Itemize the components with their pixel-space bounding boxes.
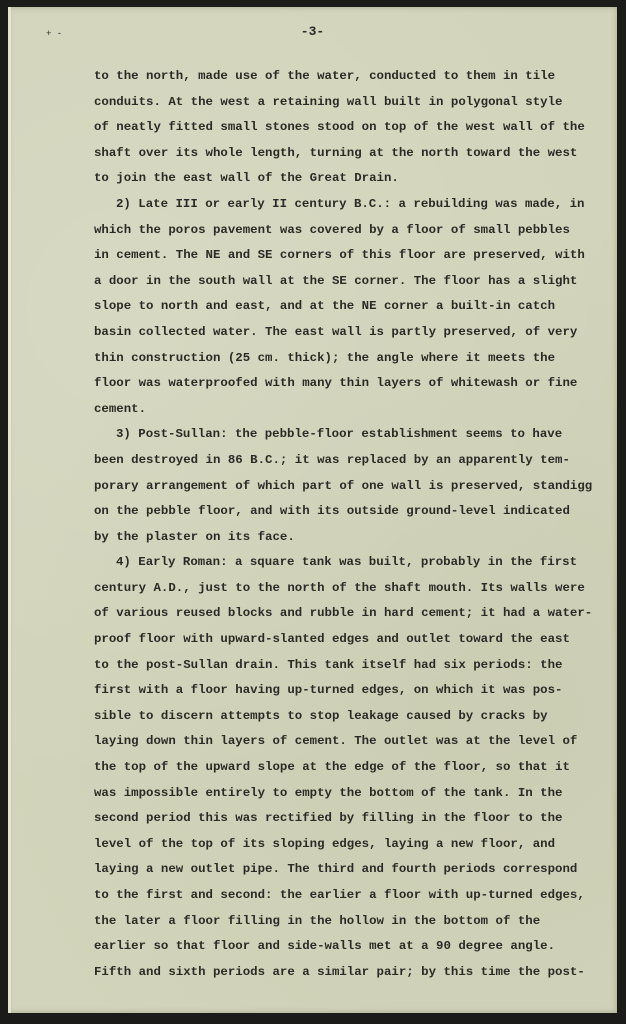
text-line: of various reused blocks and rubble in h…: [94, 601, 614, 627]
text-line: to the post-Sullan drain. This tank itse…: [94, 653, 614, 679]
text-line: been destroyed in 86 B.C.; it was replac…: [94, 448, 614, 474]
text-line: the top of the upward slope at the edge …: [94, 755, 614, 781]
paragraph-first-line: 4) Early Roman: a square tank was built,…: [94, 550, 614, 576]
paragraph-first-line: 3) Post-Sullan: the pebble-floor establi…: [94, 422, 614, 448]
text-line: was impossible entirely to empty the bot…: [94, 781, 614, 807]
body-text: to the north, made use of the water, con…: [94, 64, 614, 985]
text-line: proof floor with upward-slanted edges an…: [94, 627, 614, 653]
text-line: level of the top of its sloping edges, l…: [94, 832, 614, 858]
text-line: conduits. At the west a retaining wall b…: [94, 90, 614, 116]
text-line: a door in the south wall at the SE corne…: [94, 269, 614, 295]
text-line: by the plaster on its face.: [94, 525, 614, 551]
text-line: to the north, made use of the water, con…: [94, 64, 614, 90]
text-line: laying down thin layers of cement. The o…: [94, 729, 614, 755]
text-line: which the poros pavement was covered by …: [94, 218, 614, 244]
text-line: floor was waterproofed with many thin la…: [94, 371, 614, 397]
text-line: second period this was rectified by fill…: [94, 806, 614, 832]
text-line: thin construction (25 cm. thick); the an…: [94, 346, 614, 372]
paragraph-first-line: 2) Late III or early II century B.C.: a …: [94, 192, 614, 218]
text-line: first with a floor having up-turned edge…: [94, 678, 614, 704]
text-line: to join the east wall of the Great Drain…: [94, 166, 614, 192]
text-line: on the pebble floor, and with its outsid…: [94, 499, 614, 525]
text-line: sible to discern attempts to stop leakag…: [94, 704, 614, 730]
text-line: to the first and second: the earlier a f…: [94, 883, 614, 909]
text-line: cement.: [94, 397, 614, 423]
text-line: shaft over its whole length, turning at …: [94, 141, 614, 167]
text-line: laying a new outlet pipe. The third and …: [94, 857, 614, 883]
typewritten-page: + - -3- to the north, made use of the wa…: [8, 7, 617, 1013]
text-line: basin collected water. The east wall is …: [94, 320, 614, 346]
text-line: century A.D., just to the north of the s…: [94, 576, 614, 602]
paper-edge: [8, 7, 11, 1013]
text-line: porary arrangement of which part of one …: [94, 474, 614, 500]
page-number: -3-: [8, 24, 617, 39]
text-line: the later a floor filling in the hollow …: [94, 909, 614, 935]
text-line: Fifth and sixth periods are a similar pa…: [94, 960, 614, 986]
text-line: in cement. The NE and SE corners of this…: [94, 243, 614, 269]
text-line: slope to north and east, and at the NE c…: [94, 294, 614, 320]
text-line: earlier so that floor and side-walls met…: [94, 934, 614, 960]
text-line: of neatly fitted small stones stood on t…: [94, 115, 614, 141]
